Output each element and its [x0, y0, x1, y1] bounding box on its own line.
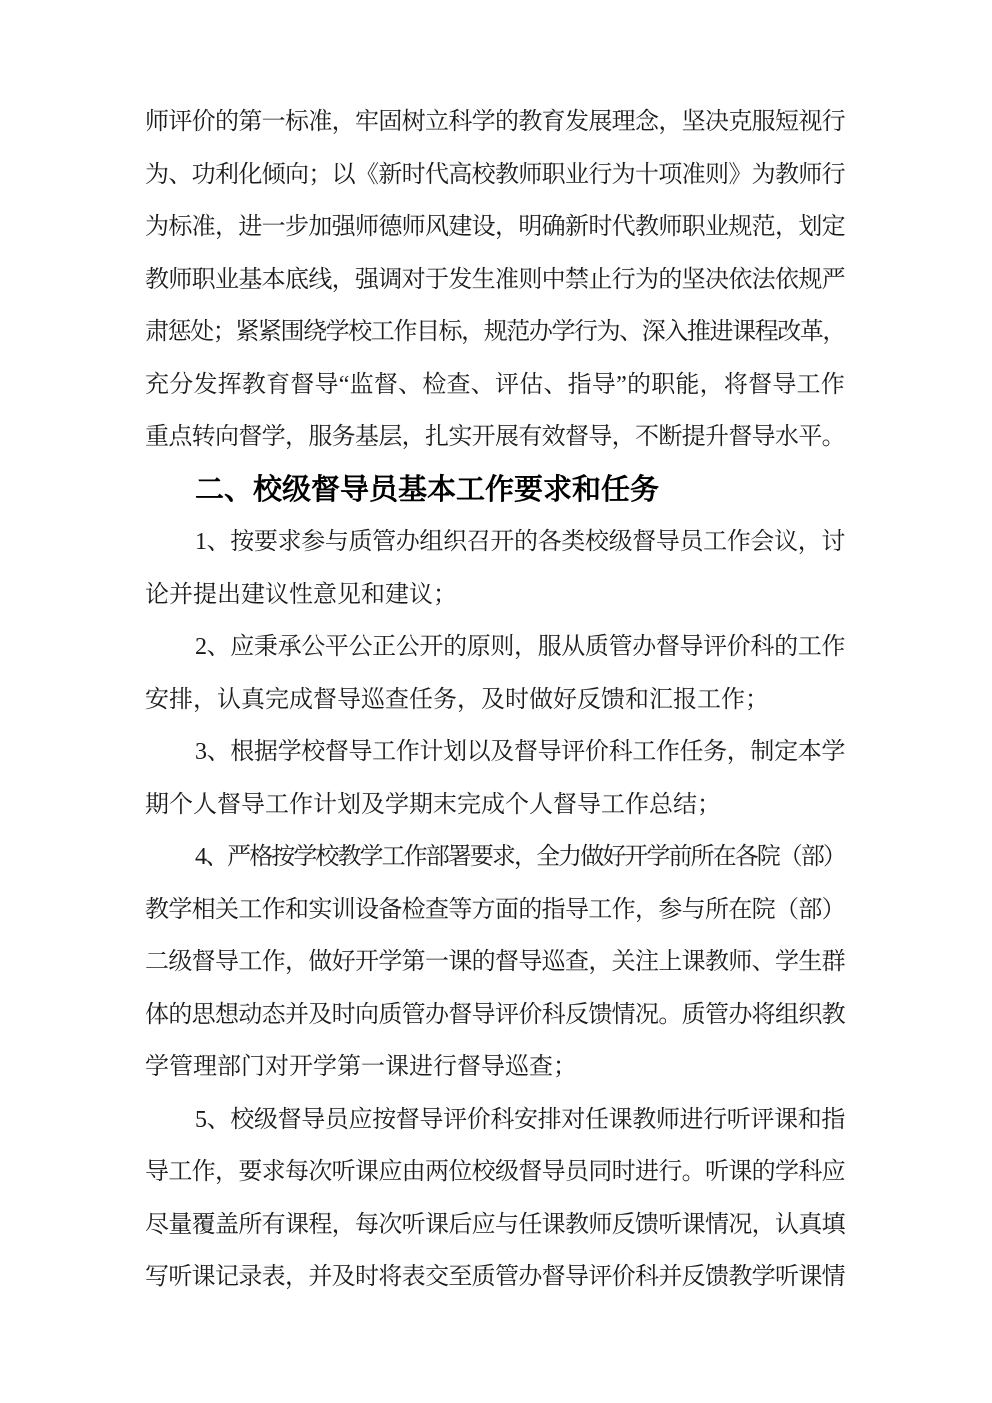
text-line-content: 1、按要求参与质管办组织召开的各类校级督导员工作会议，讨	[195, 529, 845, 555]
text-line: 肃惩处；紧紧围绕学校工作目标，规范办学行为、深入推进课程改革，	[145, 306, 845, 359]
text-line-content: 师评价的第一标准，牢固树立科学的教育发展理念，坚决克服短视行	[145, 109, 845, 135]
text-line-content: 重点转向督学，服务基层，扎实开展有效督导，不断提升督导水平。	[145, 424, 845, 450]
text-line: 二级督导工作，做好开学第一课的督导巡查，关注上课教师、学生群	[145, 936, 845, 989]
document-page: 师评价的第一标准，牢固树立科学的教育发展理念，坚决克服短视行为、功利化倾向；以《…	[0, 0, 992, 1403]
document-body: 师评价的第一标准，牢固树立科学的教育发展理念，坚决克服短视行为、功利化倾向；以《…	[145, 96, 845, 1304]
text-line-content: 为、功利化倾向；以《新时代高校教师职业行为十项准则》为教师行	[145, 162, 845, 188]
text-line-content: 肃惩处；紧紧围绕学校工作目标，规范办学行为、深入推进课程改革，	[145, 319, 845, 345]
text-line-content: 二级督导工作，做好开学第一课的督导巡查，关注上课教师、学生群	[145, 949, 845, 975]
text-line-content: 学管理部门对开学第一课进行督导巡查；	[145, 1054, 577, 1080]
text-line: 教学相关工作和实训设备检查等方面的指导工作，参与所在院（部）	[145, 884, 845, 937]
text-line: 5、校级督导员应按督导评价科安排对任课教师进行听评课和指	[145, 1094, 845, 1147]
text-line: 学管理部门对开学第一课进行督导巡查；	[145, 1041, 845, 1094]
text-line: 教师职业基本底线，强调对于发生准则中禁止行为的坚决依法依规严	[145, 254, 845, 307]
text-line-content: 2、应秉承公平公正公开的原则，服从质管办督导评价科的工作	[195, 634, 845, 660]
text-line: 充分发挥教育督导“监督、检查、评估、指导”的职能，将督导工作	[145, 359, 845, 412]
text-line-content: 5、校级督导员应按督导评价科安排对任课教师进行听评课和指	[195, 1107, 845, 1133]
text-line: 2、应秉承公平公正公开的原则，服从质管办督导评价科的工作	[145, 621, 845, 674]
text-line-content: 二、校级督导员基本工作要求和任务	[195, 474, 659, 506]
text-line: 4、严格按学校教学工作部署要求，全力做好开学前所在各院（部）	[145, 831, 845, 884]
text-line: 为、功利化倾向；以《新时代高校教师职业行为十项准则》为教师行	[145, 149, 845, 202]
text-line-content: 尽量覆盖所有课程，每次听课后应与任课教师反馈听课情况，认真填	[145, 1212, 845, 1238]
text-line-content: 教师职业基本底线，强调对于发生准则中禁止行为的坚决依法依规严	[145, 267, 845, 293]
text-line-content: 充分发挥教育督导“监督、检查、评估、指导”的职能，将督导工作	[145, 372, 845, 398]
text-line-content: 体的思想动态并及时向质管办督导评价科反馈情况。质管办将组织教	[145, 1002, 845, 1028]
text-line-content: 3、根据学校督导工作计划以及督导评价科工作任务，制定本学	[195, 739, 845, 765]
text-line: 导工作，要求每次听课应由两位校级督导员同时进行。听课的学科应	[145, 1146, 845, 1199]
text-line: 尽量覆盖所有课程，每次听课后应与任课教师反馈听课情况，认真填	[145, 1199, 845, 1252]
text-line: 3、根据学校督导工作计划以及督导评价科工作任务，制定本学	[145, 726, 845, 779]
text-line: 论并提出建议性意见和建议；	[145, 569, 845, 622]
text-line-content: 为标准，进一步加强师德师风建设，明确新时代教师职业规范，划定	[145, 214, 845, 240]
section-heading: 二、校级督导员基本工作要求和任务	[145, 464, 845, 517]
text-line-content: 安排，认真完成督导巡查任务，及时做好反馈和汇报工作；	[145, 687, 769, 713]
text-line: 师评价的第一标准，牢固树立科学的教育发展理念，坚决克服短视行	[145, 96, 845, 149]
text-line-content: 论并提出建议性意见和建议；	[145, 582, 457, 608]
text-line: 1、按要求参与质管办组织召开的各类校级督导员工作会议，讨	[145, 516, 845, 569]
text-line-content: 导工作，要求每次听课应由两位校级督导员同时进行。听课的学科应	[145, 1159, 845, 1185]
text-line-content: 教学相关工作和实训设备检查等方面的指导工作，参与所在院（部）	[145, 897, 845, 923]
text-line: 期个人督导工作计划及学期末完成个人督导工作总结；	[145, 779, 845, 832]
text-line-content: 4、严格按学校教学工作部署要求，全力做好开学前所在各院（部）	[195, 844, 845, 870]
text-line-content: 写听课记录表，并及时将表交至质管办督导评价科并反馈教学听课情	[145, 1264, 845, 1290]
text-line: 安排，认真完成督导巡查任务，及时做好反馈和汇报工作；	[145, 674, 845, 727]
text-line: 重点转向督学，服务基层，扎实开展有效督导，不断提升督导水平。	[145, 411, 845, 464]
text-line-content: 期个人督导工作计划及学期末完成个人督导工作总结；	[145, 792, 721, 818]
text-line: 写听课记录表，并及时将表交至质管办督导评价科并反馈教学听课情	[145, 1251, 845, 1304]
text-line: 体的思想动态并及时向质管办督导评价科反馈情况。质管办将组织教	[145, 989, 845, 1042]
text-line: 为标准，进一步加强师德师风建设，明确新时代教师职业规范，划定	[145, 201, 845, 254]
